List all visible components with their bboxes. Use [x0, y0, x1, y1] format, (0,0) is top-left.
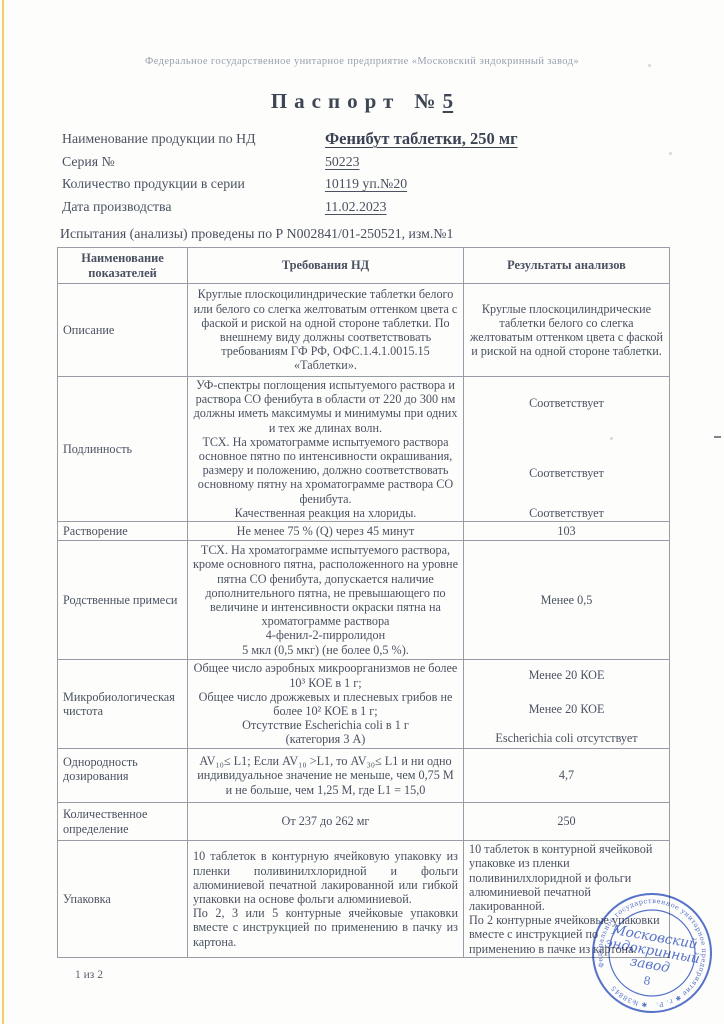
result-text: 103 [464, 522, 670, 541]
analysis-table: Наименование показателей Требования НД Р… [57, 247, 670, 958]
requirement-text: (категория 3 А) [193, 732, 458, 746]
requirement-text: 4-фенил-2-пирролидон [193, 628, 458, 642]
field-label-product: Наименование продукции по НД [62, 131, 325, 147]
result-text: Escherichia coli отсутствует [469, 731, 664, 745]
scan-edge-artifact [2, 0, 4, 1024]
result-text: Менее 0,5 [464, 541, 670, 660]
requirement-text: Качественная реакция на хлориды. [193, 506, 458, 520]
scan-speck [669, 152, 672, 155]
row-name: Количественное определение [58, 803, 188, 841]
title-word: Паспорт [271, 89, 400, 113]
result-text: Круглые плоскоцилиндрические таблетки бе… [469, 302, 664, 359]
result-text: 250 [464, 803, 670, 841]
table-row: Растворение Не менее 75 % (Q) через 45 м… [58, 522, 670, 541]
result-text: Соответствует [469, 506, 664, 520]
row-name: Упаковка [58, 841, 188, 958]
header-indicator-name: Наименование показателей [58, 248, 188, 284]
row-name: Подлинность [58, 377, 188, 522]
field-value-series: 50223 [325, 154, 662, 170]
field-label-quantity: Количество продукции в серии [62, 176, 325, 192]
requirement-text: Круглые плоскоцилиндрические таблетки бе… [193, 287, 458, 372]
result-text: Менее 20 КОЕ [469, 668, 664, 682]
row-name: Однородность дозирования [58, 749, 188, 803]
row-name: Растворение [58, 522, 188, 541]
table-row: Подлинность УФ-спектры поглощения испыту… [58, 377, 670, 522]
row-name: Описание [58, 284, 188, 377]
field-value-date: 11.02.2023 [325, 199, 662, 215]
field-value-product: Фенибут таблетки, 250 мг [325, 131, 662, 148]
table-header-row: Наименование показателей Требования НД Р… [58, 248, 670, 284]
result-text: 4,7 [464, 749, 670, 803]
document-title: Паспорт№ 5 [0, 89, 724, 114]
requirement-text: AV₁₀≤ L1; Если AV₁₀ >L1, то AV₃₀≤ L1 и н… [188, 749, 464, 803]
requirement-text: От 237 до 262 мг [188, 803, 464, 841]
result-text: Менее 20 КОЕ [469, 702, 664, 716]
requirement-text: УФ-спектры поглощения испытуемого раство… [193, 378, 458, 435]
organization-header: Федеральное государственное унитарное пр… [0, 56, 724, 67]
row-name: Микробиологическая чистота [58, 660, 188, 749]
table-row: Однородность дозирования AV₁₀≤ L1; Если … [58, 749, 670, 803]
result-text: Соответствует [469, 396, 664, 410]
requirement-text: ТСХ. На хроматограмме испытуемого раство… [193, 543, 458, 628]
requirement-text: Общее число дрожжевых и плесневых грибов… [193, 690, 458, 718]
requirement-text: Отсутствие Escherichia coli в 1 г [193, 718, 458, 732]
title-no-sign: № [414, 89, 437, 113]
tests-reference-line: Испытания (анализы) проведены по Р N0028… [60, 226, 453, 242]
row-name: Родственные примеси [58, 541, 188, 660]
stamp-number: 8 [642, 974, 651, 988]
table-row: Микробиологическая чистота Общее число а… [58, 660, 670, 749]
requirement-text: Общее число аэробных микроорганизмов не … [193, 661, 458, 689]
requirement-text: Не менее 75 % (Q) через 45 минут [188, 522, 464, 541]
title-number: 5 [443, 89, 454, 113]
header-analysis-results: Результаты анализов [464, 248, 670, 284]
field-label-date: Дата производства [62, 199, 325, 215]
result-text: Соответствует [469, 466, 664, 480]
header-nd-requirements: Требования НД [188, 248, 464, 284]
scanned-passport-page: Федеральное государственное унитарное пр… [0, 0, 724, 1024]
requirement-text: 10 таблеток в контурную ячейковую упаков… [193, 849, 458, 906]
field-label-series: Серия № [62, 154, 325, 170]
document-fields: Наименование продукции по НД Фенибут таб… [62, 131, 662, 221]
field-value-quantity: 10119 уп.№20 [325, 176, 662, 192]
requirement-text: 5 мкл (0,5 мкг) (не более 0,5 %). [193, 643, 458, 657]
page-number: 1 из 2 [75, 969, 103, 981]
requirement-text: ТСХ. На хроматограмме испытуемого раство… [193, 435, 458, 506]
table-row: Родственные примеси ТСХ. На хроматограмм… [58, 541, 670, 660]
table-row: Количественное определение От 237 до 262… [58, 803, 670, 841]
requirement-text: По 2, 3 или 5 контурные ячейковые упаков… [193, 906, 458, 949]
factory-round-stamp: Федеральное государственное унитарное пр… [577, 878, 724, 1024]
table-row: Описание Круглые плоскоцилиндрические та… [58, 284, 670, 377]
scan-mark-artifact [714, 436, 721, 438]
